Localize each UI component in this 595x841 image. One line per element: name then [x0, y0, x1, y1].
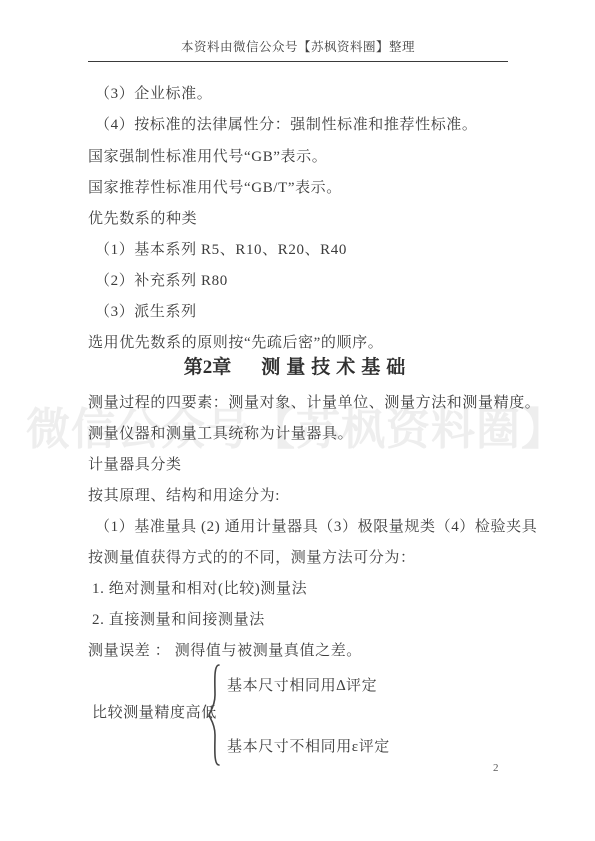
comparison-diagram: 比较测量精度高低 基本尺寸相同用∆评定 基本尺寸不相同用ε评定 [0, 0, 595, 841]
left-brace-icon [206, 663, 222, 767]
page-number: 2 [493, 762, 499, 774]
diagram-item: 基本尺寸不相同用ε评定 [227, 735, 390, 756]
page-header: 本资料由微信公众号【苏枫资料圈】整理 [88, 37, 508, 62]
diagram-item: 基本尺寸相同用∆评定 [227, 674, 377, 695]
document-page: 本资料由微信公众号【苏枫资料圈】整理 微信公众号【苏枫资料圈】 （3）企业标准。… [0, 0, 595, 841]
diagram-label: 比较测量精度高低 [92, 701, 217, 722]
